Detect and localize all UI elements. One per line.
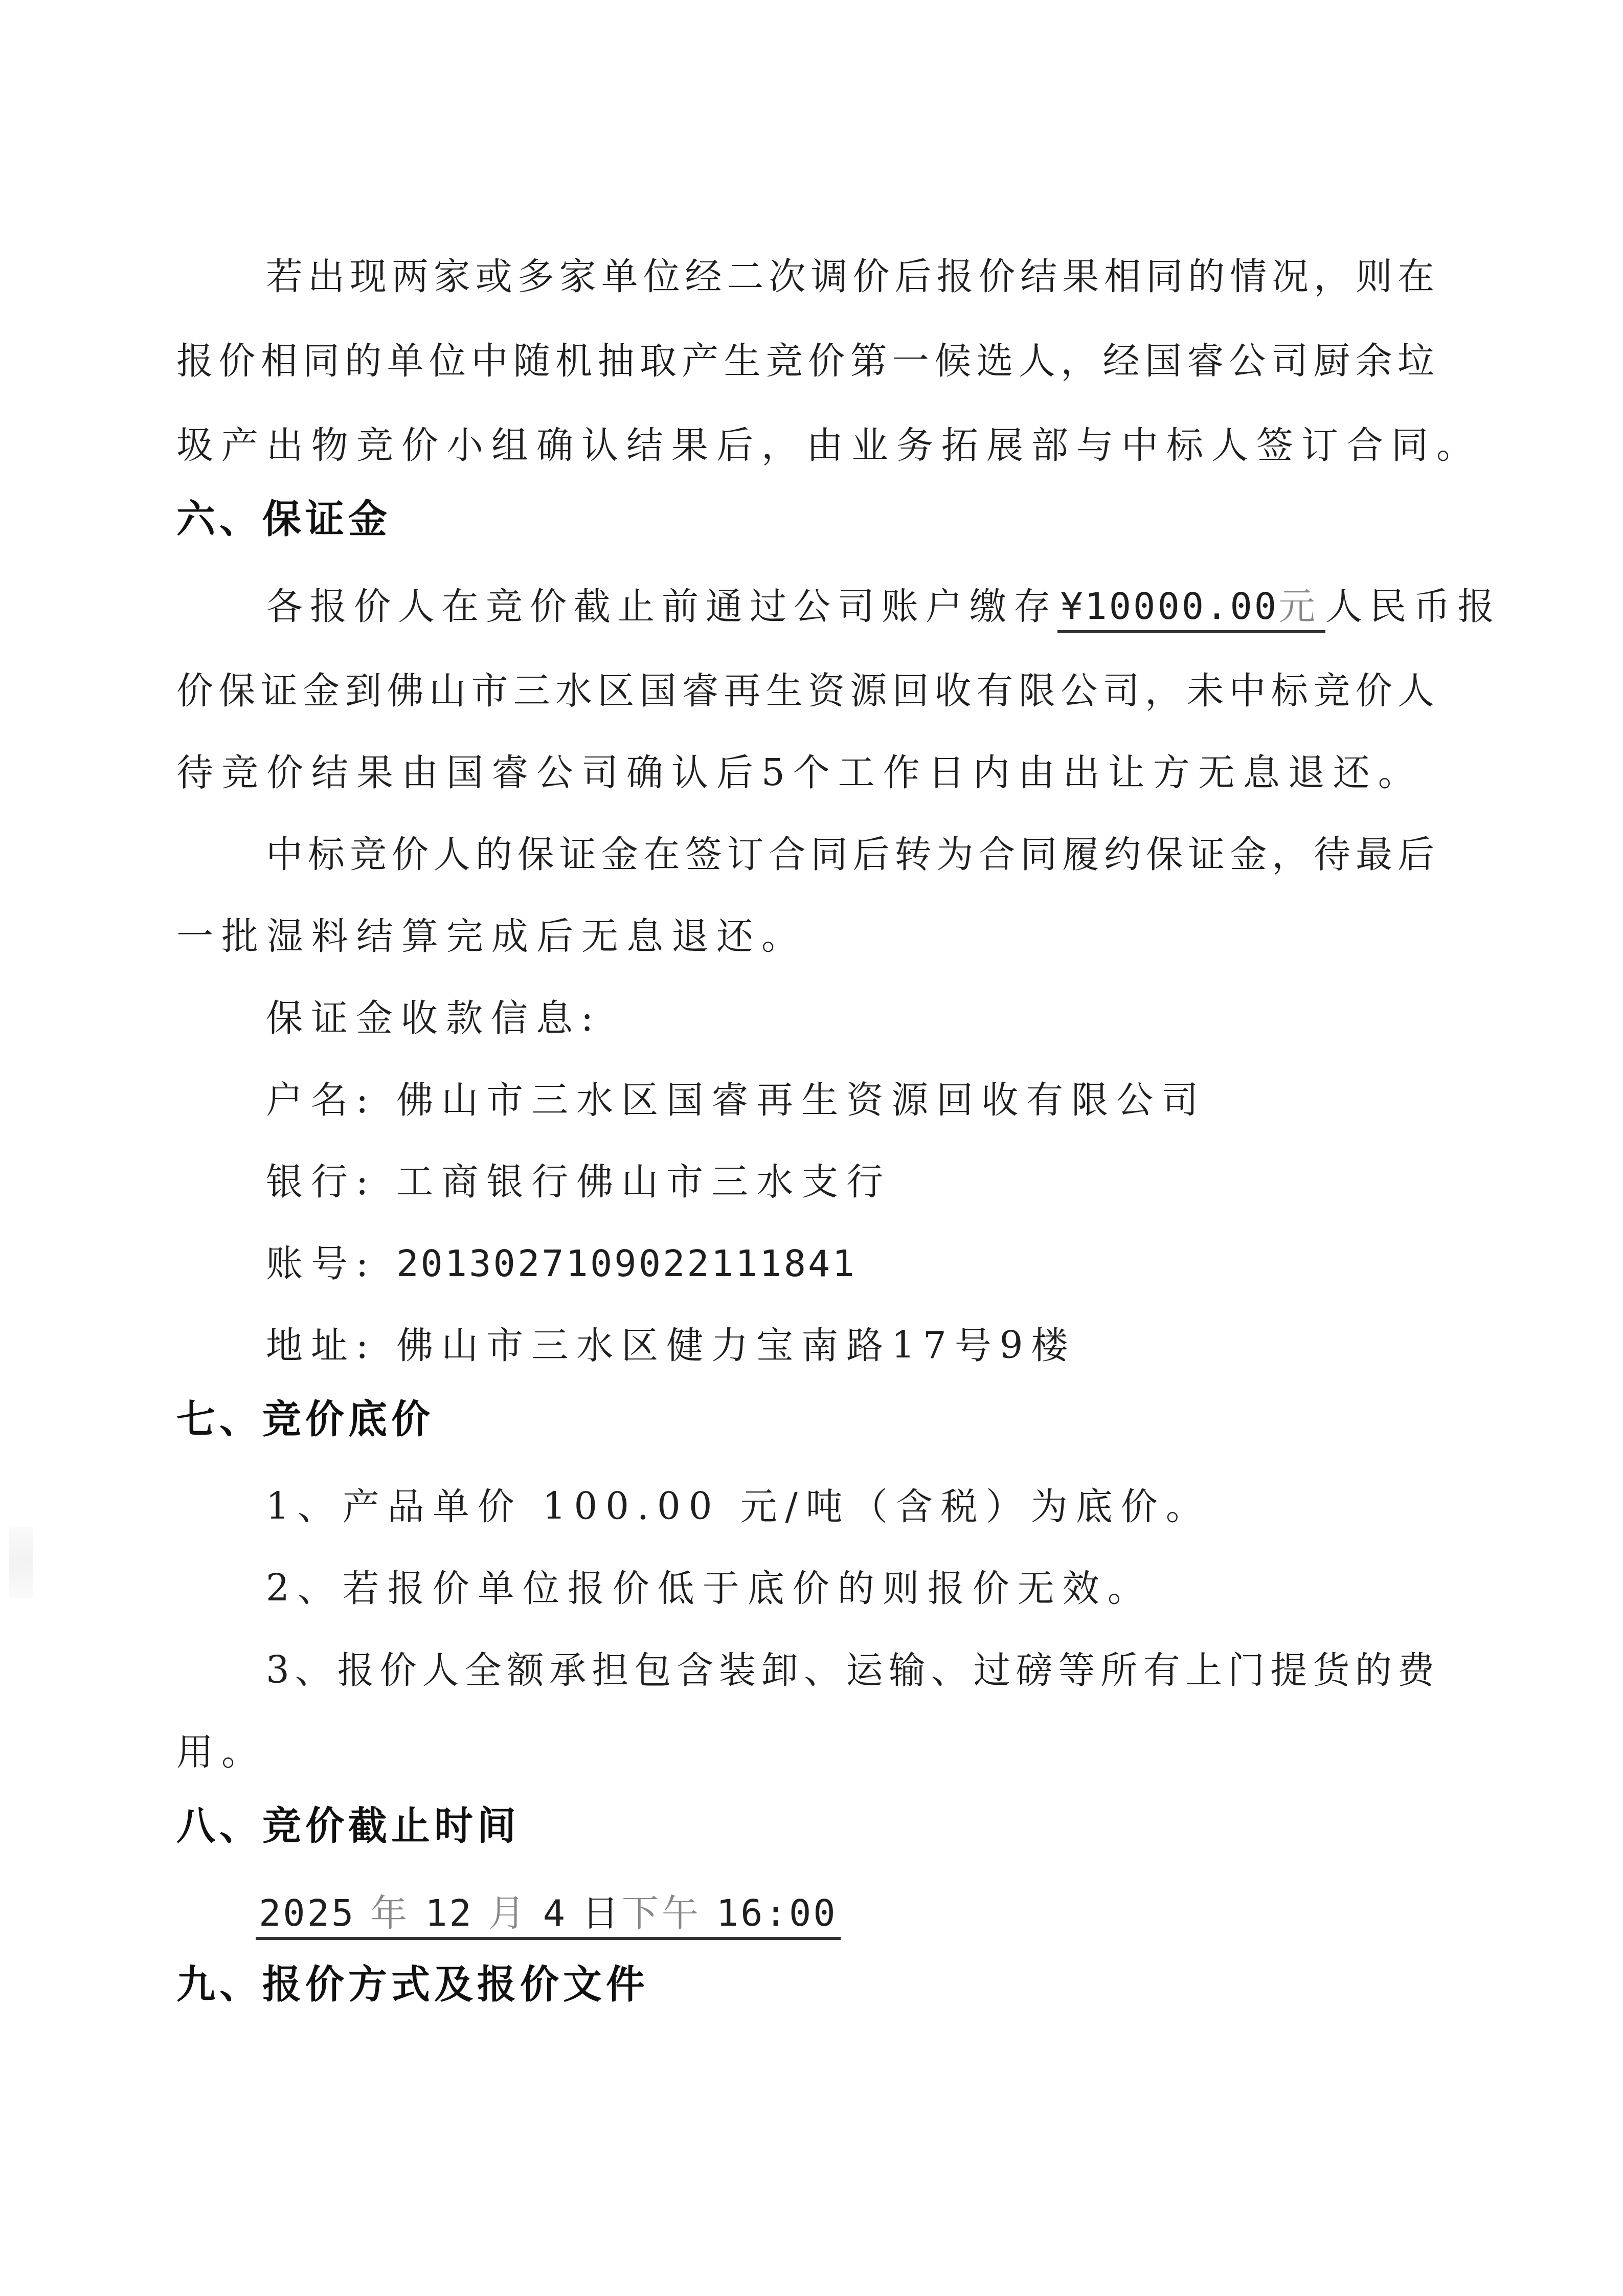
deposit-line-2: 价保证金到佛山市三水区国睿再生资源回收有限公司，未中标竞价人: [176, 665, 1434, 716]
document-page: 若出现两家或多家单位经二次调价后报价结果相同的情况，则在 报价相同的单位中随机抽…: [0, 0, 1623, 2296]
deposit-line-1-suffix: 人民币报: [1325, 585, 1501, 628]
paragraph-tie-line-3: 圾产出物竞价小组确认结果后，由业务拓展部与中标人签订合同。: [176, 419, 1481, 471]
floor-price-item-3-continuation: 用。: [176, 1726, 266, 1777]
receipt-bank-row: 银行: 工商银行佛山市三水支行: [266, 1156, 891, 1207]
winner-deposit-line-1: 中标竞价人的保证金在签订合同后转为合同履约保证金，待最后: [266, 829, 1434, 880]
receipt-account-name-row: 户名: 佛山市三水区国睿再生资源回收有限公司: [266, 1074, 1206, 1125]
account-name-value: 佛山市三水区国睿再生资源回收有限公司: [396, 1078, 1206, 1121]
deadline-period: 下午: [622, 1891, 702, 1934]
deadline-field: 2025 年 12 月 4 日下午 16:00: [256, 1890, 841, 1940]
section-heading-quote-method: 九、报价方式及报价文件: [176, 1959, 649, 2010]
bank-value: 工商银行佛山市三水支行: [396, 1160, 891, 1203]
address-value: 佛山市三水区健力宝南路17号9楼: [396, 1324, 1076, 1367]
paragraph-tie-line-1: 若出现两家或多家单位经二次调价后报价结果相同的情况，则在: [266, 251, 1434, 302]
account-name-label: 户名:: [266, 1078, 376, 1121]
floor-price-item-1: 1、产品单价 100.00 元/吨（含税）为底价。: [266, 1481, 1211, 1532]
deposit-line-3: 待竞价结果由国睿公司确认后5个工作日内由出让方无息退还。: [176, 747, 1423, 798]
deposit-line-1-prefix: 各报价人在竞价截止前通过公司账户缴存: [266, 585, 1057, 628]
account-no-label: 账号:: [266, 1242, 376, 1285]
floor-price-item-2: 2、若报价单位报价低于底价的则报价无效。: [266, 1563, 1153, 1614]
deposit-line-1: 各报价人在竞价截止前通过公司账户缴存¥10000.00元人民币报: [266, 581, 1501, 633]
deadline-day: 4: [543, 1891, 567, 1934]
deadline-month-unit: 月: [488, 1891, 528, 1934]
deadline-year: 2025: [259, 1891, 355, 1934]
deadline-row: 2025 年 12 月 4 日下午 16:00: [256, 1887, 841, 1940]
deposit-amount: ¥10000.00: [1061, 585, 1278, 628]
section-heading-deadline: 八、竞价截止时间: [176, 1800, 520, 1852]
section-heading-deposit: 六、保证金: [176, 494, 391, 545]
section-heading-floor-price: 七、竞价底价: [176, 1394, 434, 1445]
bank-label: 银行:: [266, 1160, 376, 1203]
address-label: 地址:: [266, 1324, 376, 1367]
floor-price-item-3: 3、报价人全额承担包含装卸、运输、过磅等所有上门提货的费: [266, 1644, 1434, 1696]
paragraph-tie-line-2: 报价相同的单位中随机抽取产生竞价第一候选人，经国睿公司厨余垃: [176, 335, 1434, 386]
deadline-year-unit: 年: [370, 1891, 410, 1934]
winner-deposit-line-2: 一批湿料结算完成后无息退还。: [176, 910, 806, 962]
receipt-info-title: 保证金收款信息:: [266, 992, 601, 1043]
deposit-unit: 元: [1278, 585, 1322, 628]
scan-artifact: [9, 1527, 33, 1598]
deadline-day-unit: 日: [582, 1891, 622, 1934]
deadline-time: 16:00: [716, 1891, 838, 1934]
account-no-value: 2013027109022111841: [396, 1242, 856, 1285]
receipt-address-row: 地址: 佛山市三水区健力宝南路17号9楼: [266, 1320, 1076, 1371]
deposit-amount-field: ¥10000.00元: [1057, 583, 1325, 633]
deadline-month: 12: [425, 1891, 474, 1934]
receipt-account-no-row: 账号: 2013027109022111841: [266, 1238, 856, 1289]
